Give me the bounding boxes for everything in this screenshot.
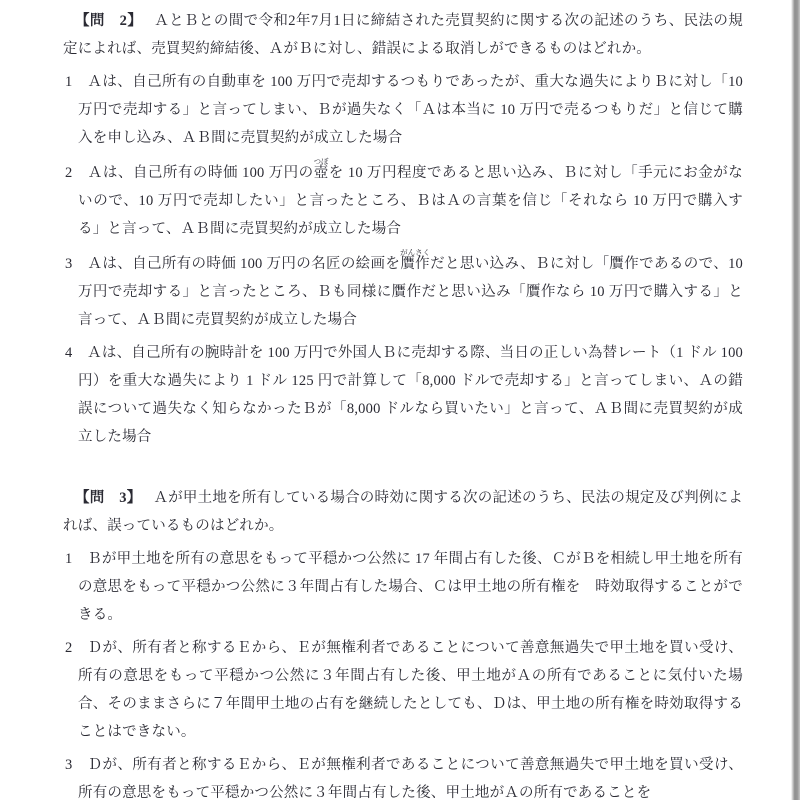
question-prompt-line: 【問 2】ＡとＢとの間で令和2年7月1日に締結された売買契約に関する次の記述のう…: [63, 7, 743, 63]
option-number: 1: [65, 551, 87, 567]
page-edge-shadow: [789, 0, 800, 800]
option-text: Ａは、自己所有の自動車を 100 万円で売却するつもりであったが、重大な過失によ…: [78, 74, 743, 146]
option-number: 2: [65, 165, 88, 181]
question-label: 【問 3】: [75, 490, 141, 506]
options-list: 1 Ｂが甲土地を所有の意思をもって平穏かつ公然に 17 年間占有した後、ＣがＢを…: [63, 545, 743, 800]
question-prompt-line: 【問 3】Ａが甲土地を所有している場合の時効に関する次の記述のうち、民法の規定及…: [63, 484, 743, 540]
option-number: 2: [65, 640, 88, 656]
option-item: 2 Ｄが、所有者と称するＥから、Ｅが無権利者であることについて善意無過失で甲土地…: [78, 634, 743, 746]
option-item: 3 Ｄが、所有者と称するＥから、Ｅが無権利者であることについて善意無過失で甲土地…: [78, 751, 743, 800]
option-number: 3: [65, 757, 88, 773]
option-text: Ａは、自己所有の時価 100 万円の名匠の絵画を贋作がんさくだと思い込み、Ｂに対…: [78, 256, 743, 328]
option-item: 1 Ｂが甲土地を所有の意思をもって平穏かつ公然に 17 年間占有した後、ＣがＢを…: [78, 545, 743, 629]
option-text: Ｂが甲土地を所有の意思をもって平穏かつ公然に 17 年間占有した後、ＣがＢを相続…: [78, 551, 772, 623]
question-block: 【問 3】Ａが甲土地を所有している場合の時効に関する次の記述のうち、民法の規定及…: [63, 484, 743, 800]
question-label: 【問 2】: [75, 13, 142, 29]
question-prompt: Ａが甲土地を所有している場合の時効に関する次の記述のうち、民法の規定及び判例によ…: [63, 490, 743, 534]
option-text: Ａは、自己所有の時価 100 万円の壺つぼを 10 万円程度であると思い込み、Ｂ…: [78, 165, 743, 237]
option-item: 3 Ａは、自己所有の時価 100 万円の名匠の絵画を贋作がんさくだと思い込み、Ｂ…: [78, 248, 743, 334]
document-page: 【問 2】ＡとＢとの間で令和2年7月1日に締結された売買契約に関する次の記述のう…: [0, 0, 789, 800]
ruby-annotated-word: 贋作がんさく: [400, 256, 430, 272]
option-number: 1: [65, 74, 88, 90]
option-item: 4 Ａは、自己所有の腕時計を 100 万円で外国人Ｂに売却する際、当日の正しい為…: [78, 339, 743, 451]
option-text: Ａは、自己所有の腕時計を 100 万円で外国人Ｂに売却する際、当日の正しい為替レ…: [78, 345, 743, 445]
ruby-annotated-word: 壺つぼ: [314, 165, 329, 181]
option-item: 1 Ａは、自己所有の自動車を 100 万円で売却するつもりであったが、重大な過失…: [78, 68, 743, 152]
option-item: 2 Ａは、自己所有の時価 100 万円の壺つぼを 10 万円程度であると思い込み…: [78, 157, 743, 243]
option-text: Ｄが、所有者と称するＥから、Ｅが無権利者であることについて善意無過失で甲土地を買…: [78, 757, 743, 800]
questions-container: 【問 2】ＡとＢとの間で令和2年7月1日に締結された売買契約に関する次の記述のう…: [63, 7, 743, 800]
option-text: Ｄが、所有者と称するＥから、Ｅが無権利者であることについて善意無過失で甲土地を買…: [78, 640, 743, 740]
option-number: 4: [65, 345, 87, 361]
question-block: 【問 2】ＡとＢとの間で令和2年7月1日に締結された売買契約に関する次の記述のう…: [63, 7, 743, 451]
options-list: 1 Ａは、自己所有の自動車を 100 万円で売却するつもりであったが、重大な過失…: [63, 68, 743, 451]
option-number: 3: [65, 256, 87, 272]
question-prompt: ＡとＢとの間で令和2年7月1日に締結された売買契約に関する次の記述のうち、民法の…: [63, 13, 743, 57]
